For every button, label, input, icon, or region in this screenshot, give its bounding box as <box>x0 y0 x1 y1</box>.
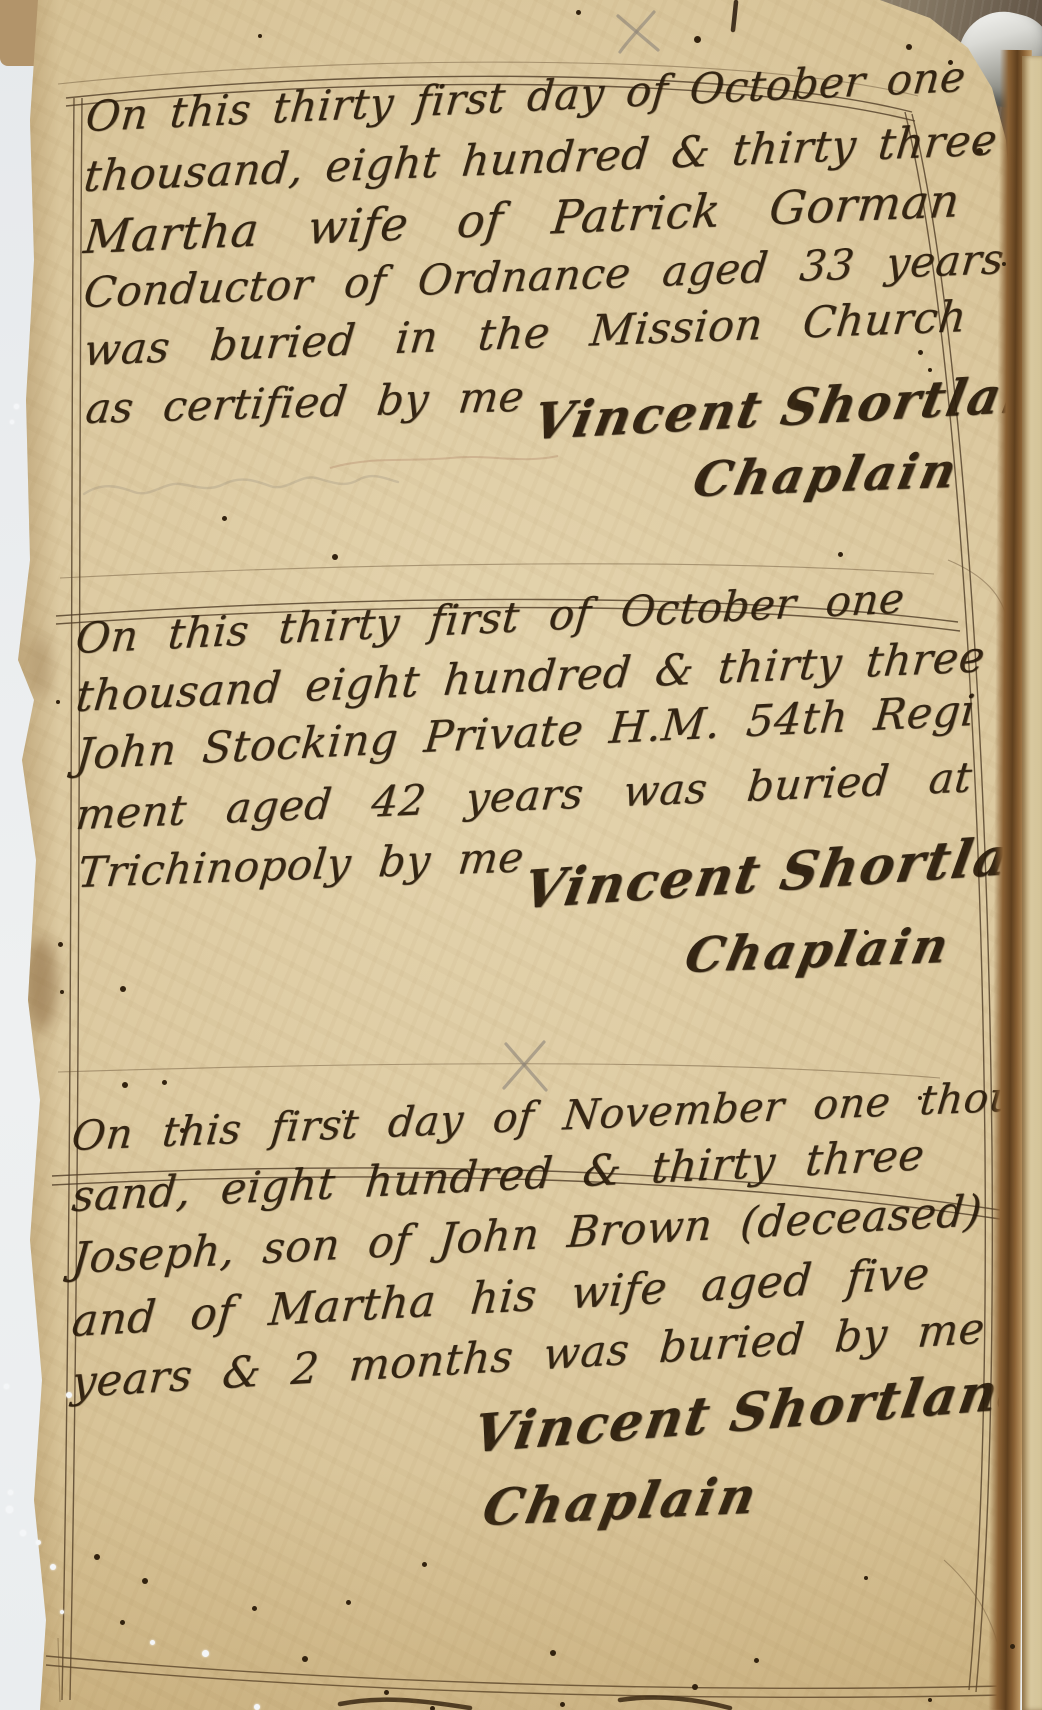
ink-dot <box>346 1600 351 1605</box>
paper-hole <box>20 1530 26 1536</box>
ink-dot <box>576 10 581 15</box>
ruled-lines-and-marks <box>0 0 1042 1710</box>
ink-dot <box>60 990 64 994</box>
ink-dot <box>918 1096 922 1100</box>
entry-2-signature: Vincent Shortland <box>519 820 1042 921</box>
entry-1-signature-role: Chaplain <box>688 443 964 509</box>
ink-dot <box>58 942 63 947</box>
ink-dot <box>560 1702 565 1707</box>
paper-hole <box>150 1640 155 1645</box>
stray-ink-strokes <box>340 2 736 1708</box>
ink-dot <box>928 368 932 372</box>
paper-hole <box>6 1506 13 1513</box>
entry-1-signature: Vincent Shortland <box>528 361 1042 451</box>
paper-hole <box>60 1610 64 1614</box>
entry-2-line-3: John Stocking Private H.M. 54th Regi <box>74 686 978 780</box>
entry-2-line-5: Trichinopoly by me <box>75 832 526 897</box>
ink-dot <box>252 1606 257 1611</box>
ink-dot <box>1002 262 1006 266</box>
paper-hole <box>66 1392 72 1398</box>
ink-dot <box>918 350 923 355</box>
entry-3-signature-role: Chaplain <box>478 1465 764 1537</box>
ink-dot <box>142 1578 148 1584</box>
ink-dot <box>56 700 60 704</box>
ink-dot <box>692 1684 698 1690</box>
pencil-x-icon <box>504 1042 546 1090</box>
ink-dot <box>694 36 701 43</box>
scanned-register-photo: On this thirty first day of October one … <box>0 0 1042 1710</box>
paper-hole <box>36 1540 41 1545</box>
ink-dot <box>948 60 953 65</box>
ink-stain <box>26 938 58 1030</box>
paper-hole <box>4 1384 9 1389</box>
adjacent-page-edge <box>1022 56 1042 1710</box>
ink-dot <box>302 1656 308 1662</box>
ink-dot <box>120 1620 125 1625</box>
ink-dot <box>180 1128 185 1133</box>
paper-hole <box>202 1650 209 1657</box>
pencil-x-icon <box>618 12 658 52</box>
entry-2-line-4: ment aged 42 years was buried at <box>74 752 975 839</box>
ruled-border-lines <box>46 62 1029 1704</box>
ink-dot <box>430 1706 435 1710</box>
ink-dot <box>258 34 262 38</box>
entry-2-line-2: thousand eight hundred & thirty three <box>74 632 988 722</box>
entry-1-line-3: Martha wife of Patrick Gorman <box>81 173 962 264</box>
entry-1-line-2: thousand, eight hundred & thirty three <box>81 115 999 202</box>
ink-dot <box>906 44 912 50</box>
paper-hole <box>8 1490 13 1495</box>
ink-stain <box>30 636 52 698</box>
entry-3-line-5: years & 2 months was buried by me <box>70 1304 987 1409</box>
ink-dot <box>342 1110 346 1114</box>
ink-dot <box>976 148 983 155</box>
entry-1-line-1: On this thirty first day of October one <box>84 52 968 141</box>
ink-dot <box>120 986 126 992</box>
paper-hole <box>14 404 19 409</box>
entry-2-signature-role: Chaplain <box>680 918 956 985</box>
torn-left-edge-shading <box>14 0 60 1710</box>
ink-dot <box>422 1562 427 1567</box>
ink-dot <box>1010 1644 1015 1649</box>
entry-1-line-5: was buried in the Mission Church <box>81 292 969 376</box>
entry-1-line-4: Conductor of Ordnance aged 33 years <box>81 234 1006 317</box>
ink-dot <box>94 1554 100 1560</box>
entry-3-line-4: and of Martha his wife aged five <box>70 1248 932 1347</box>
entry-2-line-1: On this thirty first of October one <box>74 573 907 663</box>
ink-dot <box>754 1658 759 1663</box>
entry-3-line-1: On this first day of November one thou <box>70 1072 1019 1160</box>
entry-1-line-6: as certified by me <box>83 372 527 433</box>
paper-hole <box>10 420 14 424</box>
ink-dot <box>384 1690 389 1695</box>
ink-dot <box>222 516 227 521</box>
ink-dot <box>550 1650 556 1656</box>
entry-3-line-3: Joseph, son of John Brown (deceased) <box>70 1186 984 1284</box>
ink-dot <box>928 1698 932 1702</box>
ink-dot <box>864 930 869 935</box>
ink-dot <box>332 554 338 560</box>
ink-dot <box>838 552 843 557</box>
ink-dot <box>162 1080 167 1085</box>
ink-dot <box>864 1576 868 1580</box>
register-page: On this thirty first day of October one … <box>0 0 1042 1710</box>
entry-3-line-2: sand, eight hundred & thirty three <box>70 1130 927 1222</box>
paper-hole <box>254 1704 260 1710</box>
ink-dot <box>122 1082 128 1088</box>
paper-hole <box>50 1564 56 1570</box>
pencil-note-inscription <box>84 456 558 494</box>
entry-3-signature: Vincent Shortland <box>469 1358 1042 1465</box>
